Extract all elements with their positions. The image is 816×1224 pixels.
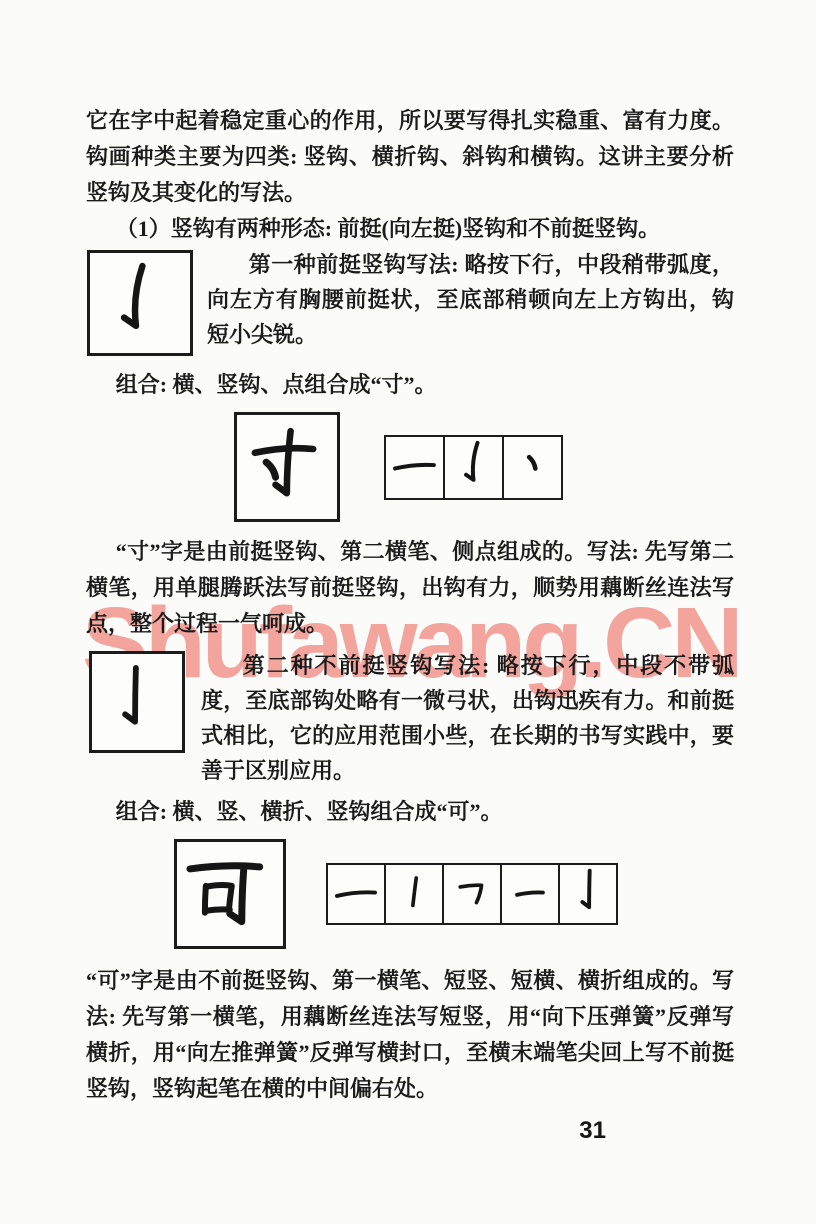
stroke-cell (502, 435, 563, 500)
stroke-cell (442, 863, 502, 925)
section-front-hook: 第一种前挺竖钩写法: 略按下行，中段稍带弧度，向左方有胸腰前挺状，至底部稍顿向左… (86, 247, 734, 361)
heng-stroke-icon (386, 436, 443, 498)
hengzhe-stroke-icon (444, 864, 500, 925)
vertical-hook-straight-stroke-icon (92, 658, 182, 746)
cun-stroke-order-strip (384, 435, 563, 500)
ke-character-glyph (177, 842, 283, 947)
stroke-cell (384, 863, 444, 925)
stroke-cell (558, 863, 618, 925)
ke-stroke-order-strip (326, 863, 618, 925)
paragraph-item-1: （1）竖钩有两种形态: 前挺(向左挺)竖钩和不前挺竖钩。 (86, 211, 734, 247)
vertical-hook-stroke-icon (560, 864, 616, 925)
cun-character-card (234, 412, 340, 522)
heng-stroke-icon (328, 864, 384, 925)
paragraph-cun-explanation: “寸”字是由前挺竖钩、第二横笔、侧点组成的。写法: 先写第二横笔，用单腿腾跃法写… (86, 534, 734, 642)
front-hook-example-box (87, 250, 193, 356)
ke-example-row (174, 839, 734, 949)
ke-character-card (174, 839, 286, 949)
stroke-cell (326, 863, 386, 925)
stroke-cell (500, 863, 560, 925)
dot-stroke-icon (504, 436, 561, 498)
vertical-hook-stroke-icon (445, 436, 502, 498)
cun-example-row (234, 412, 734, 522)
shu-stroke-icon (386, 864, 442, 925)
paragraph-combo-ke: 组合: 横、竖、横折、竖钩组合成“可”。 (86, 794, 734, 830)
paragraph-intro: 它在字中起着稳定重心的作用，所以要写得扎实稳重、富有力度。钩画种类主要为四类: … (86, 103, 734, 211)
paragraph-ke-explanation: “可”字是由不前挺竖钩、第一横笔、短竖、短横、横折组成的。写法: 先写第一横笔，… (86, 963, 734, 1107)
heng-short-stroke-icon (502, 864, 558, 925)
section-straight-hook: 第二种不前挺竖钩写法: 略按下行，中段不带弧度，至底部钩处略有一微弓状，出钩迅疾… (86, 648, 734, 788)
paragraph-combo-cun: 组合: 横、竖钩、点组合成“寸”。 (86, 367, 734, 403)
cun-character-glyph (237, 418, 337, 517)
vertical-hook-front-stroke-icon (90, 255, 190, 352)
stroke-cell (384, 435, 445, 500)
straight-hook-example-box (89, 651, 185, 753)
stroke-cell (443, 435, 504, 500)
book-page: 它在字中起着稳定重心的作用，所以要写得扎实稳重、富有力度。钩画种类主要为四类: … (0, 0, 816, 1224)
page-number: 31 (86, 1117, 734, 1145)
